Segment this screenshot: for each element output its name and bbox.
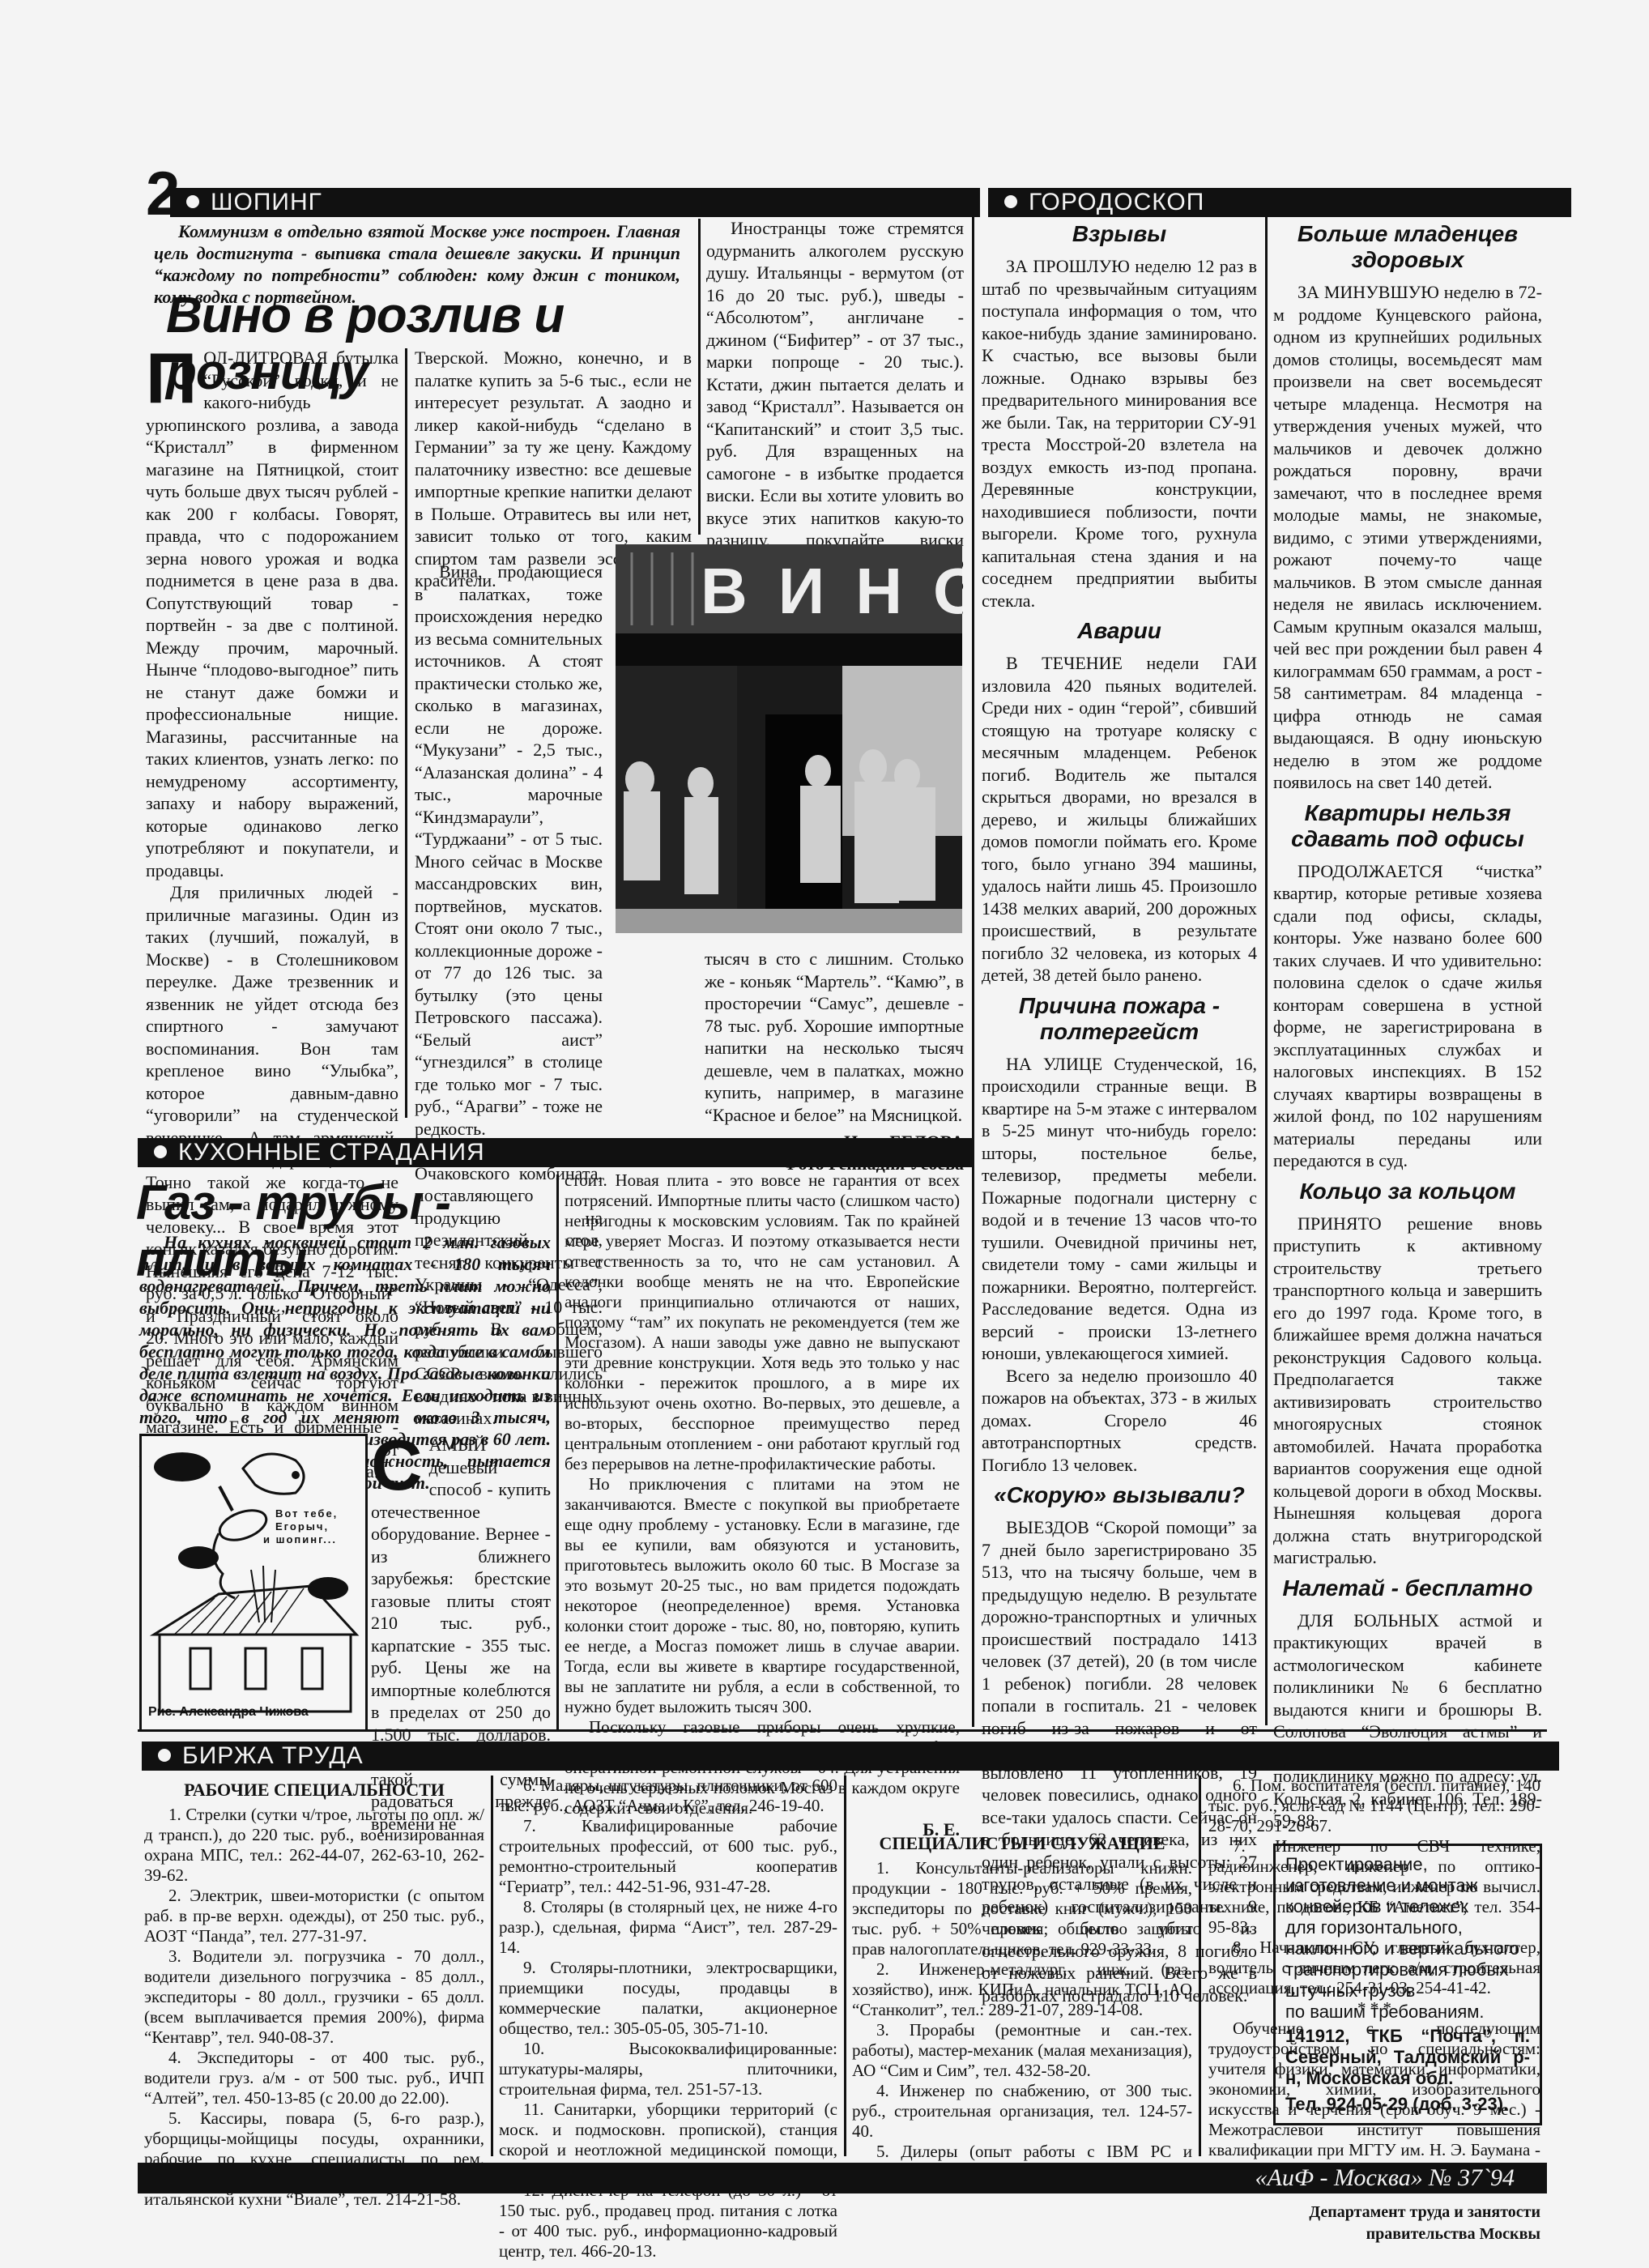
article-text: ПРИНЯТО решение вновь приступить к актив… [1273,1213,1542,1569]
column-divider [844,1776,846,2156]
section-label: КУХОННЫЕ СТРАДАНИЯ [178,1139,485,1166]
section-bar-shopping: ШОПИНГ [170,188,980,217]
column-divider [698,219,701,535]
article-title: Налетай - бесплатно [1273,1575,1542,1601]
jobs-subsection-title: РАБОЧИЕ СПЕЦИАЛЬНОСТИ [144,1779,484,1801]
section-divider [138,1729,1547,1732]
jobs-column-3: СПЕЦИАЛИСТЫ И СЛУЖАЩИЕ 1. Консультанты-р… [852,1776,1192,2182]
svg-text:и шопинг...: и шопинг... [263,1533,337,1545]
job-listing: 8. Столяры (в столярный цех, не ниже 4-г… [499,1897,837,1958]
article-title: «Скорую» вызывали? [982,1482,1257,1508]
job-listing: 1. Стрелки (сутки ч/трое, льготы по опл.… [144,1805,484,1886]
bullet-icon [158,1749,171,1762]
drop-cap: П [146,348,197,408]
kitchen-column-1: С АМЫЙ дешевый способ - купить отечестве… [371,1434,551,1835]
job-listing: 5. Кассиры, повара (5, 6-го разр.), убор… [144,2108,484,2210]
section-label: ШОПИНГ [211,189,322,215]
job-listing: 6. Пом. воспитателя (беспл. питание), 14… [1208,1776,1540,1836]
section-bar-city: ГОРОДОСКОП [988,188,1571,217]
jobs-subsection-title: СПЕЦИАЛИСТЫ И СЛУЖАЩИЕ [852,1832,1192,1855]
article-text: стоит. Новая плита - это вовсе не гарант… [565,1170,960,1473]
svg-text:Вот тебе,: Вот тебе, [275,1507,338,1520]
job-listing: 4. Экспедиторы - от 400 тыс. руб., водит… [144,2048,484,2108]
bullet-icon [1004,195,1017,208]
article-text: ПРОДОЛЖАЕТСЯ “чистка” квартир, которые р… [1273,860,1542,1172]
jobs-column-1: РАБОЧИЕ СПЕЦИАЛЬНОСТИ 1. Стрелки (сутки … [144,1776,484,2210]
issue-label: «АиФ - Москва» № 37`94 [1255,2164,1515,2191]
column-divider [1265,217,1268,1725]
kitchen-column-2: стоит. Новая плита - это вовсе не гарант… [565,1170,960,1840]
article-text: Но приключения с плитами на этом не зака… [565,1474,960,1717]
article-title: Квартиры нельзя сдавать под офисы [1273,800,1542,852]
article-title: Больше младенцев здоровых [1273,221,1542,273]
section-bar-jobs: БИРЖА ТРУДА [142,1742,1559,1771]
cartoon-credit: Рис. Александра Чижова [148,1705,309,1720]
bullet-icon [154,1145,167,1158]
article-text: ЗА МИНУВШУЮ неделю в 72-м роддоме Кунцев… [1273,281,1542,794]
section-label: БИРЖА ТРУДА [182,1742,364,1769]
cartoon-illustration: Вот тебе, Егорыч, и шопинг... Рис. Алекс… [139,1434,368,1732]
article-title: Аварии [982,618,1257,644]
article-title: Взрывы [982,221,1257,247]
article-text: тысяч в сто с лишним. Столько же - конья… [705,949,964,1125]
job-listing: 9. Столяры-плотники, электросварщики, пр… [499,1958,837,2039]
job-listing: 8. Начальник СУ, главный бухгалтер, води… [1208,1938,1540,1998]
job-listing: 7. Квалифицированные рабочие строительны… [499,1816,837,1897]
wine-shop-photo: ВИНО [616,544,962,933]
job-listing: 4. Инженер по снабжению, от 300 тыс. руб… [852,2081,1192,2142]
cartoon-image: Вот тебе, Егорыч, и шопинг... [142,1436,365,1729]
article-text: ОЛ-ЛИТРОВАЯ бутылка “Русской” водки, и н… [146,347,398,880]
job-listing: 7. Инженер по СВЧ технике, радиоинженер,… [1208,1836,1540,1938]
job-listing: 2. Инженер-металлург, инж. (газ. хозяйст… [852,1959,1192,2020]
drop-cap: С [371,1435,423,1495]
job-listing: 3. Прорабы (ремонтные и сан.-тех. работы… [852,2020,1192,2081]
article-text: Всего за неделю произошло 40 пожаров на … [982,1365,1257,1477]
svg-text:ВИНО: ВИНО [701,555,962,627]
article-text: ЗА ПРОШЛУЮ неделю 12 раз в штаб по чрезв… [982,255,1257,612]
article-text: НА УЛИЦЕ Студенческой, 16, происходили с… [982,1053,1257,1365]
job-listing: 6. Маляры, штукатуры, плиточники, от 600… [499,1776,837,1816]
job-listing: 3. Водители эл. погрузчика - 70 долл., в… [144,1946,484,2048]
job-listing: 1. Консультанты-реализаторы книжн. проду… [852,1858,1192,1959]
column-divider [491,1776,493,2156]
bullet-icon [186,195,199,208]
footer-bar: «АиФ - Москва» № 37`94 [138,2163,1547,2193]
city-column-left: Взрывы ЗА ПРОШЛУЮ неделю 12 раз в штаб п… [982,215,1257,2006]
separator-stars: * * * [1208,1998,1540,2019]
column-divider [556,1174,559,1729]
job-listing: 2. Электрик, швеи-мотористки (с опытом р… [144,1886,484,1946]
column-divider [1199,1776,1201,2156]
svg-text:Егорыч,: Егорыч, [275,1520,329,1533]
column-divider [972,188,974,1727]
section-label: ГОРОДОСКОП [1029,189,1204,215]
source-credit: Департамент труда и занятости правительс… [1208,2202,1540,2245]
section-bar-kitchen: КУХОННЫЕ СТРАДАНИЯ [138,1138,972,1167]
article-title: Кольцо за кольцом [1273,1179,1542,1204]
job-listing: 10. Высококвалифицированные: штукатуры-м… [499,2039,837,2100]
article-title: Причина пожара - полтергейст [982,993,1257,1045]
training-notice: Обучение с последующим трудоустройством … [1208,2019,1540,2181]
photo-image: ВИНО [616,544,962,933]
article-text: В ТЕЧЕНИЕ недели ГАИ изловила 420 пьяных… [982,652,1257,987]
column-divider [405,348,407,1118]
